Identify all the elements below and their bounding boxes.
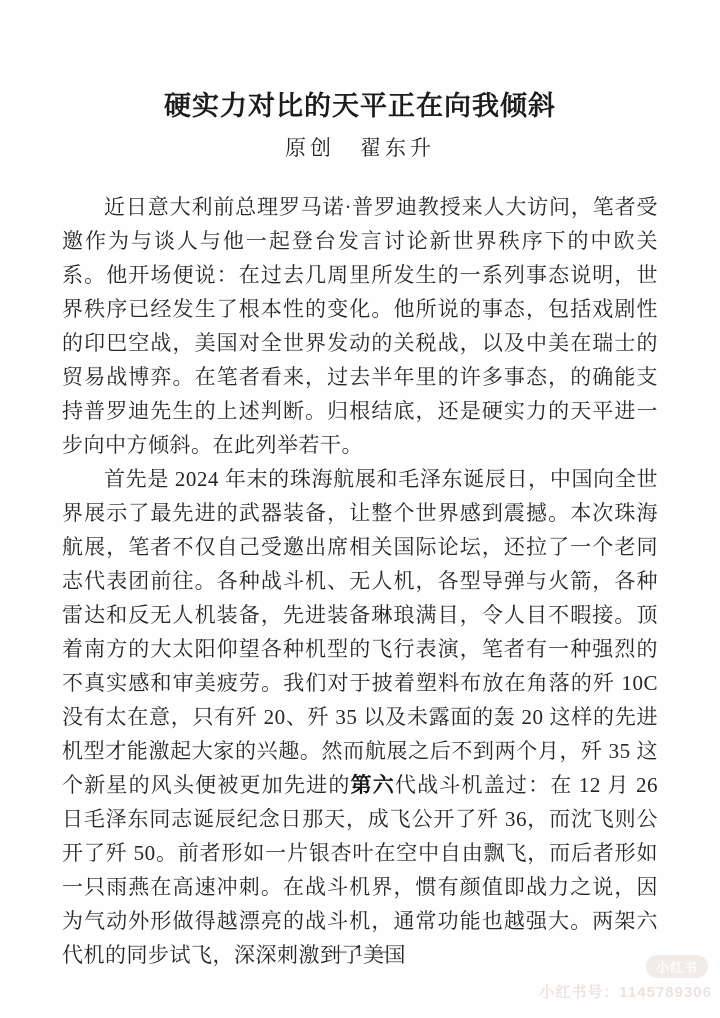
text-segment: 代战斗机盖过：在 12 月 26 日毛泽东同志诞辰纪念日那天，成飞公开了歼 36…	[62, 773, 658, 967]
text-segment: 首先是 2024 年末的珠海航展和毛泽东诞辰日，中国向全世界展示了最先进的武器装…	[62, 467, 658, 797]
paragraph: 首先是 2024 年末的珠海航展和毛泽东诞辰日，中国向全世界展示了最先进的武器装…	[62, 462, 658, 972]
bold-text-segment: 第六	[351, 773, 395, 797]
page-number: — 1 —	[0, 941, 720, 961]
paragraph: 近日意大利前总理罗马诺·普罗迪教授来人大访问，笔者受邀作为与谈人与他一起登台发言…	[62, 190, 658, 462]
text-segment: 近日意大利前总理罗马诺·普罗迪教授来人大访问，笔者受邀作为与谈人与他一起登台发言…	[62, 195, 658, 457]
document-page: 硬实力对比的天平正在向我倾斜 原创 翟东升 近日意大利前总理罗马诺·普罗迪教授来…	[0, 0, 720, 1018]
document-body: 近日意大利前总理罗马诺·普罗迪教授来人大访问，笔者受邀作为与谈人与他一起登台发言…	[62, 190, 658, 972]
document-byline: 原创 翟东升	[0, 132, 720, 162]
watermark-id-text: 小红书号：1145789306	[522, 981, 712, 1002]
document-title: 硬实力对比的天平正在向我倾斜	[0, 84, 720, 123]
